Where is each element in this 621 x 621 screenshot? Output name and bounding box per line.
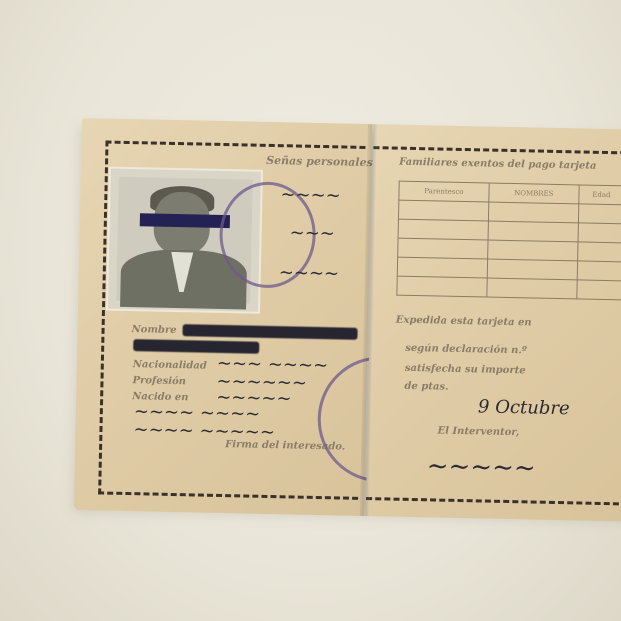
handwritten-date: 9 Octubre — [478, 396, 570, 419]
name-redaction — [182, 324, 357, 340]
label-nombre: Nombre — [131, 324, 176, 336]
dashed-border-top — [105, 140, 365, 148]
line-declaracion: según declaración n.º — [405, 343, 527, 357]
family-table: ParentescoNOMBRESEdad — [396, 181, 621, 301]
signature-label-right: El Interventor, — [437, 426, 519, 439]
line-expedida: Expedida esta tarjeta en — [396, 315, 532, 329]
line-importe: satisfecha su importe — [405, 363, 526, 377]
dashed-border-bottom — [98, 491, 358, 499]
label-profesion: Profesión — [132, 375, 186, 387]
identity-card: Señas personales ~~~~ ~~~ ~~~~ Nombre Na… — [74, 118, 621, 522]
section-title-family: Familiares exentos del pago tarjeta — [399, 157, 596, 172]
name-redaction-2 — [133, 339, 259, 354]
interventor-signature: ~~~~~ — [426, 451, 536, 483]
left-page: Señas personales ~~~~ ~~~ ~~~~ Nombre Na… — [74, 118, 372, 516]
label-nacionalidad: Nacionalidad — [133, 359, 207, 372]
eye-redaction-bar — [140, 213, 230, 228]
handwritten-features: ~~~~ — [280, 184, 341, 206]
dashed-border-left — [98, 140, 108, 494]
line-ptas: de ptas. — [404, 381, 448, 393]
section-title-personal: Señas personales — [266, 154, 373, 169]
right-page: Familiares exentos del pago tarjeta Pare… — [366, 124, 621, 522]
